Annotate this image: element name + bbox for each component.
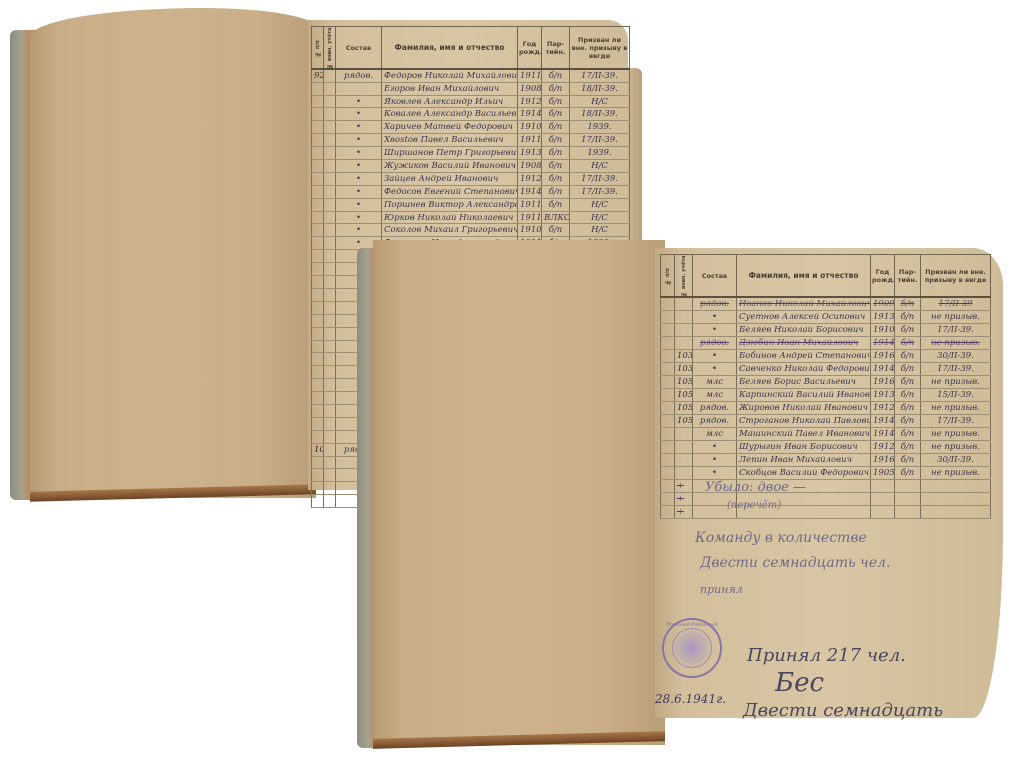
row-number bbox=[312, 82, 324, 95]
row-number bbox=[312, 404, 324, 417]
row-number bbox=[312, 379, 324, 392]
row-number bbox=[312, 353, 324, 366]
header-col-a: № п/п bbox=[661, 255, 675, 298]
table-row: •Беляев Николай Борисович1910б/п17/II-39… bbox=[661, 323, 991, 336]
header-name: Фамилия, имя и отчество bbox=[382, 27, 518, 70]
unit-number: 105 bbox=[675, 414, 693, 427]
name-cell: Зайцев Андрей Иванович bbox=[382, 172, 518, 185]
row-number bbox=[312, 160, 324, 173]
year-cell: 1912 bbox=[871, 440, 895, 453]
name-cell: Машинский Павел Иванович bbox=[737, 427, 871, 440]
table-row: •Суетнов Алексей Осипович1913б/пне призы… bbox=[661, 310, 991, 323]
header-year: Год рожд. bbox=[871, 255, 895, 298]
party-cell: б/п bbox=[542, 82, 570, 95]
row-number bbox=[312, 263, 324, 276]
unit-number bbox=[324, 417, 336, 430]
row-number bbox=[312, 185, 324, 198]
call-cell: Н/С bbox=[570, 211, 630, 224]
unit-number bbox=[324, 134, 336, 147]
name-cell: Харичев Матвей Федорович bbox=[382, 121, 518, 134]
row-number bbox=[312, 327, 324, 340]
unit-number bbox=[324, 288, 336, 301]
year-cell: 1909 bbox=[871, 297, 895, 310]
call-cell: не призыв. bbox=[921, 336, 991, 349]
row-number bbox=[312, 224, 324, 237]
header-party: Пар-тийн. bbox=[542, 27, 570, 70]
call-cell: 30/II-39. bbox=[921, 453, 991, 466]
table-row: •Соколов Михаил Григорьевич1910б/пН/С bbox=[312, 224, 630, 237]
call-cell bbox=[921, 492, 991, 505]
name-cell: Ковалев Александр Васильевич bbox=[382, 108, 518, 121]
year-cell: 1914 bbox=[871, 414, 895, 427]
year-cell: 1911 bbox=[518, 211, 542, 224]
unit-number bbox=[324, 301, 336, 314]
call-cell: 30/II-39. bbox=[921, 349, 991, 362]
unit-number: + bbox=[675, 479, 693, 492]
unit-number bbox=[324, 404, 336, 417]
unit-number bbox=[324, 160, 336, 173]
name-cell: Дзюбин Иван Михайлович bbox=[737, 336, 871, 349]
party-cell: б/п bbox=[542, 95, 570, 108]
row-number bbox=[312, 495, 324, 508]
header-year: Год рожд. bbox=[518, 27, 542, 70]
table-row: •Юрков Николай Николаевич1911ВЛКСМН/С bbox=[312, 211, 630, 224]
table-row: •Зайцев Андрей Иванович1912б/п17/II-39. bbox=[312, 172, 630, 185]
name-cell: Ширшанов Петр Григорьевич bbox=[382, 147, 518, 160]
row-number bbox=[661, 492, 675, 505]
status-cell: млс bbox=[693, 375, 737, 388]
row-number bbox=[312, 134, 324, 147]
status-cell: • bbox=[693, 453, 737, 466]
party-cell: б/п bbox=[542, 147, 570, 160]
party-cell: б/п bbox=[895, 323, 921, 336]
row-number bbox=[312, 314, 324, 327]
status-cell: • bbox=[693, 362, 737, 375]
party-cell: б/п bbox=[895, 362, 921, 375]
unit-number bbox=[324, 430, 336, 443]
row-number bbox=[312, 250, 324, 263]
unit-number bbox=[324, 211, 336, 224]
table-row: •Ширшанов Петр Григорьевич1913б/п1939. bbox=[312, 147, 630, 160]
call-cell bbox=[921, 479, 991, 492]
header-col-b: № воин. учёта bbox=[675, 255, 693, 298]
table-row: + bbox=[661, 505, 991, 518]
name-cell: Скобцов Василий Федорович bbox=[737, 466, 871, 479]
row-number bbox=[312, 392, 324, 405]
row-number bbox=[312, 121, 324, 134]
table-row: •Поршнев Виктор Александрович1911б/пН/С bbox=[312, 198, 630, 211]
header-status: Состав bbox=[336, 27, 382, 70]
year-cell: 1910 bbox=[518, 224, 542, 237]
note-team-count: Команду в количестве bbox=[695, 530, 867, 546]
row-number bbox=[312, 108, 324, 121]
row-number bbox=[312, 288, 324, 301]
row-number bbox=[312, 430, 324, 443]
book-2-left-page bbox=[373, 240, 665, 745]
row-number bbox=[661, 349, 675, 362]
year-cell: 1905 bbox=[871, 466, 895, 479]
party-cell: б/п bbox=[542, 108, 570, 121]
table-row: рядов.Дзюбин Иван Михайлович1914б/пне пр… bbox=[661, 336, 991, 349]
header-call: Призван ли вне. призыву в ввгде bbox=[570, 27, 630, 70]
party-cell bbox=[895, 505, 921, 518]
unit-number bbox=[324, 237, 336, 250]
name-cell: Иванов Николай Михайлович bbox=[737, 297, 871, 310]
row-number bbox=[312, 366, 324, 379]
stamp-emblem-icon bbox=[672, 628, 712, 668]
unit-number bbox=[324, 379, 336, 392]
year-cell: 1908 bbox=[518, 82, 542, 95]
unit-number bbox=[324, 250, 336, 263]
unit-number bbox=[324, 108, 336, 121]
status-cell: млс bbox=[693, 388, 737, 401]
unit-number bbox=[675, 440, 693, 453]
call-cell: 17/II-39 bbox=[921, 297, 991, 310]
row-number bbox=[312, 198, 324, 211]
year-cell: 1908 bbox=[518, 160, 542, 173]
year-cell: 1916 bbox=[871, 349, 895, 362]
call-cell: не призыв. bbox=[921, 427, 991, 440]
unit-number bbox=[324, 185, 336, 198]
table-row: 103•Бобинов Андрей Степанович1916б/п30/I… bbox=[661, 349, 991, 362]
call-cell: 18/II-39. bbox=[570, 82, 630, 95]
table-row: Егоров Иван Михайлович1908б/п18/II-39. bbox=[312, 82, 630, 95]
row-number bbox=[312, 172, 324, 185]
status-cell bbox=[336, 82, 382, 95]
call-cell: 1939. bbox=[570, 147, 630, 160]
unit-number bbox=[324, 314, 336, 327]
name-cell: Егоров Иван Михайлович bbox=[382, 82, 518, 95]
table-row: 105рядов.Жировов Николай Иванович1912б/п… bbox=[661, 401, 991, 414]
table-row: 92рядов.Федоров Николай Михайлович1911б/… bbox=[312, 69, 630, 82]
call-cell bbox=[921, 505, 991, 518]
unit-number bbox=[324, 69, 336, 82]
row-number bbox=[661, 375, 675, 388]
year-cell: 1912 bbox=[871, 401, 895, 414]
call-cell: не призыв. bbox=[921, 310, 991, 323]
year-cell: 1913 bbox=[871, 310, 895, 323]
status-cell: • bbox=[336, 172, 382, 185]
year-cell: 1916 bbox=[871, 375, 895, 388]
year-cell: 1911 bbox=[518, 198, 542, 211]
status-cell: • bbox=[336, 108, 382, 121]
name-cell: Беляев Николай Борисович bbox=[737, 323, 871, 336]
status-cell: • bbox=[336, 198, 382, 211]
status-cell: рядов. bbox=[693, 297, 737, 310]
call-cell: 15/II-39. bbox=[921, 388, 991, 401]
unit-number: 105 bbox=[675, 401, 693, 414]
name-cell: Шурыгин Иван Борисович bbox=[737, 440, 871, 453]
party-cell: б/п bbox=[895, 349, 921, 362]
party-cell: б/п bbox=[895, 336, 921, 349]
row-number bbox=[312, 147, 324, 160]
note-recount: (перечёт) bbox=[727, 500, 781, 511]
unit-number bbox=[324, 469, 336, 482]
unit-number bbox=[324, 198, 336, 211]
book-1-left-page bbox=[30, 8, 316, 498]
unit-number bbox=[324, 443, 336, 456]
year-cell: 1912 bbox=[518, 172, 542, 185]
party-cell bbox=[895, 492, 921, 505]
status-cell: • bbox=[336, 185, 382, 198]
year-cell: 1914 bbox=[518, 185, 542, 198]
row-number bbox=[661, 362, 675, 375]
name-cell: Лепин Иван Михайлович bbox=[737, 453, 871, 466]
official-stamp: Военный Районный bbox=[662, 618, 722, 678]
name-cell: Савченко Николай Федорович bbox=[737, 362, 871, 375]
note-two-hundred-seventeen: Двести семнадцать чел. bbox=[700, 555, 890, 571]
call-cell: 17/II-39. bbox=[921, 414, 991, 427]
year-cell bbox=[871, 505, 895, 518]
unit-number bbox=[324, 224, 336, 237]
name-cell: Федосов Евгений Степанович bbox=[382, 185, 518, 198]
header-name: Фамилия, имя и отчество bbox=[737, 255, 871, 298]
call-cell: не призыв. bbox=[921, 375, 991, 388]
table-row: •Яковлев Александр Ильич1912б/пН/С bbox=[312, 95, 630, 108]
note-accepted: принял bbox=[700, 583, 743, 596]
name-cell: Соколов Михаил Григорьевич bbox=[382, 224, 518, 237]
unit-number bbox=[675, 466, 693, 479]
row-number bbox=[312, 211, 324, 224]
row-number bbox=[661, 297, 675, 310]
name-cell: Бобинов Андрей Степанович bbox=[737, 349, 871, 362]
status-cell: рядов. bbox=[693, 401, 737, 414]
row-number: 100 bbox=[312, 443, 324, 456]
party-cell: б/п bbox=[542, 160, 570, 173]
unit-number bbox=[675, 336, 693, 349]
call-cell: 18/II-39. bbox=[570, 108, 630, 121]
unit-number bbox=[324, 82, 336, 95]
ledger-book-2: № п/п № воин. учёта Состав Фамилия, имя … bbox=[355, 240, 1015, 760]
row-number bbox=[312, 301, 324, 314]
call-cell: не призыв. bbox=[921, 440, 991, 453]
call-cell: Н/С bbox=[570, 224, 630, 237]
row-number bbox=[661, 388, 675, 401]
status-cell: рядов. bbox=[693, 336, 737, 349]
party-cell: б/п bbox=[542, 134, 570, 147]
row-number bbox=[312, 482, 324, 495]
unit-number bbox=[675, 297, 693, 310]
unit-number bbox=[324, 147, 336, 160]
row-number bbox=[312, 95, 324, 108]
stamp-text: Военный Районный bbox=[664, 622, 720, 628]
party-cell: б/п bbox=[542, 224, 570, 237]
party-cell: б/п bbox=[895, 310, 921, 323]
table-row: •Шурыгин Иван Борисович1912б/пне призыв. bbox=[661, 440, 991, 453]
unit-number bbox=[324, 95, 336, 108]
name-cell: Федоров Николай Михайлович bbox=[382, 69, 518, 82]
table-row: 105рядов.Строганов Николай Павлович1914б… bbox=[661, 414, 991, 427]
name-cell: Карпинский Василий Иванович bbox=[737, 388, 871, 401]
row-number bbox=[661, 479, 675, 492]
year-cell bbox=[871, 492, 895, 505]
row-number bbox=[312, 340, 324, 353]
party-cell: б/п bbox=[895, 466, 921, 479]
party-cell bbox=[895, 479, 921, 492]
unit-number: 103 bbox=[675, 349, 693, 362]
unit-number: 105 bbox=[675, 375, 693, 388]
year-cell: 1913 bbox=[518, 147, 542, 160]
name-cell: Жужиков Василий Иванович bbox=[382, 160, 518, 173]
party-cell: б/п bbox=[895, 427, 921, 440]
date-entry: 28.6.1941г. bbox=[655, 692, 726, 706]
call-cell: 17/II-39. bbox=[570, 185, 630, 198]
unit-number bbox=[675, 323, 693, 336]
year-cell bbox=[871, 479, 895, 492]
unit-number bbox=[324, 456, 336, 469]
note-two-hundred-seventeen-2: Двести семнадцать bbox=[743, 700, 943, 721]
unit-number bbox=[324, 121, 336, 134]
row-number bbox=[661, 440, 675, 453]
row-number bbox=[661, 323, 675, 336]
status-cell: • bbox=[336, 134, 382, 147]
table-row: млсМашинский Павел Иванович1914б/пне при… bbox=[661, 427, 991, 440]
unit-number bbox=[675, 453, 693, 466]
table-row: 105млсБеляев Борис Васильевич1916б/пне п… bbox=[661, 375, 991, 388]
party-cell: б/п bbox=[895, 375, 921, 388]
header-col-b: № воин. учёта bbox=[324, 27, 336, 70]
table-row: рядов.Иванов Николай Михайлович1909б/п17… bbox=[661, 297, 991, 310]
call-cell: Н/С bbox=[570, 95, 630, 108]
unit-number bbox=[675, 310, 693, 323]
row-number bbox=[312, 276, 324, 289]
table-row: •Федосов Евгений Степанович1914б/п17/II-… bbox=[312, 185, 630, 198]
year-cell: 1914 bbox=[871, 362, 895, 375]
table-row: 103•Савченко Николай Федорович1914б/п17/… bbox=[661, 362, 991, 375]
table-row: •Скобцов Василий Федорович1905б/пне приз… bbox=[661, 466, 991, 479]
call-cell: 1939. bbox=[570, 121, 630, 134]
year-cell: 1914 bbox=[871, 427, 895, 440]
name-cell: Хвоstов Павел Васильевич bbox=[382, 134, 518, 147]
status-cell: • bbox=[693, 440, 737, 453]
note-departed: Убыло: двое — bbox=[705, 480, 806, 495]
call-cell: Н/С bbox=[570, 198, 630, 211]
table-row: •Хвоstов Павел Васильевич1911б/п17/II-39… bbox=[312, 134, 630, 147]
name-cell: Строганов Николай Павлович bbox=[737, 414, 871, 427]
call-cell: 17/II-39. bbox=[921, 362, 991, 375]
status-cell: рядов. bbox=[693, 414, 737, 427]
status-cell: • bbox=[336, 160, 382, 173]
unit-number bbox=[324, 327, 336, 340]
party-cell: б/п bbox=[895, 388, 921, 401]
status-cell: рядов. bbox=[336, 69, 382, 82]
status-cell: • bbox=[693, 349, 737, 362]
row-number bbox=[661, 401, 675, 414]
unit-number: 103 bbox=[675, 362, 693, 375]
unit-number bbox=[324, 495, 336, 508]
name-cell: Юрков Николай Николаевич bbox=[382, 211, 518, 224]
unit-number bbox=[324, 366, 336, 379]
unit-number: + bbox=[675, 505, 693, 518]
row-number bbox=[312, 417, 324, 430]
year-cell: 1910 bbox=[518, 121, 542, 134]
status-cell: • bbox=[336, 224, 382, 237]
row-number bbox=[661, 453, 675, 466]
unit-number bbox=[324, 353, 336, 366]
table-row: •Ковалев Александр Васильевич1914б/п18/I… bbox=[312, 108, 630, 121]
call-cell: 17/II-39. bbox=[570, 69, 630, 82]
header-party: Пар-тийн. bbox=[895, 255, 921, 298]
name-cell: Яковлев Александр Ильич bbox=[382, 95, 518, 108]
status-cell: • bbox=[336, 211, 382, 224]
table-row: •Харичев Матвей Федорович1910б/п1939. bbox=[312, 121, 630, 134]
party-cell: б/п bbox=[895, 453, 921, 466]
unit-number bbox=[324, 276, 336, 289]
party-cell: б/п bbox=[542, 172, 570, 185]
row-number bbox=[312, 469, 324, 482]
call-cell: 17/II-39. bbox=[570, 134, 630, 147]
row-number bbox=[661, 414, 675, 427]
row-number bbox=[661, 310, 675, 323]
status-cell: • bbox=[336, 147, 382, 160]
header-status: Состав bbox=[693, 255, 737, 298]
year-cell: 1911 bbox=[518, 134, 542, 147]
table-row: •Лепин Иван Михайлович1916б/п30/II-39. bbox=[661, 453, 991, 466]
row-number: 92 bbox=[312, 69, 324, 82]
year-cell: 1913 bbox=[871, 388, 895, 401]
party-cell: б/п bbox=[542, 121, 570, 134]
table-row: 105млсКарпинский Василий Иванович1913б/п… bbox=[661, 388, 991, 401]
unit-number bbox=[324, 340, 336, 353]
party-cell: б/п bbox=[542, 69, 570, 82]
year-cell: 1914 bbox=[871, 336, 895, 349]
party-cell: б/п bbox=[895, 414, 921, 427]
name-cell: Беляев Борис Васильевич bbox=[737, 375, 871, 388]
party-cell: б/п bbox=[895, 440, 921, 453]
row-number bbox=[661, 466, 675, 479]
party-cell: б/п bbox=[542, 185, 570, 198]
row-number bbox=[661, 505, 675, 518]
call-cell: 17/II-39. bbox=[921, 323, 991, 336]
year-cell: 1910 bbox=[871, 323, 895, 336]
unit-number bbox=[675, 427, 693, 440]
note-accepted-217: Принял 217 чел. bbox=[747, 645, 906, 666]
row-number bbox=[661, 427, 675, 440]
row-number bbox=[312, 456, 324, 469]
header-col-a: № п/п bbox=[312, 27, 324, 70]
status-cell: • bbox=[336, 95, 382, 108]
year-cell: 1911 bbox=[518, 69, 542, 82]
call-cell: Н/С bbox=[570, 160, 630, 173]
unit-number bbox=[324, 392, 336, 405]
status-cell: млс bbox=[693, 427, 737, 440]
party-cell: б/п bbox=[895, 401, 921, 414]
status-cell: • bbox=[693, 466, 737, 479]
name-cell: Жировов Николай Иванович bbox=[737, 401, 871, 414]
status-cell: • bbox=[336, 121, 382, 134]
row-number bbox=[661, 336, 675, 349]
year-cell: 1916 bbox=[871, 453, 895, 466]
row-number bbox=[312, 237, 324, 250]
header-call: Призван ли вне. призыву в ввгде bbox=[921, 255, 991, 298]
year-cell: 1912 bbox=[518, 95, 542, 108]
call-cell: не призыв. bbox=[921, 401, 991, 414]
party-cell: б/п bbox=[542, 198, 570, 211]
call-cell: не призыв. bbox=[921, 466, 991, 479]
unit-number bbox=[324, 482, 336, 495]
status-cell: • bbox=[693, 323, 737, 336]
unit-number: + bbox=[675, 492, 693, 505]
call-cell: 17/II-39. bbox=[570, 172, 630, 185]
party-cell: ВЛКСМ bbox=[542, 211, 570, 224]
status-cell: • bbox=[693, 310, 737, 323]
table-row: •Жужиков Василий Иванович1908б/пН/С bbox=[312, 160, 630, 173]
unit-number: 105 bbox=[675, 388, 693, 401]
unit-number bbox=[324, 172, 336, 185]
party-cell: б/п bbox=[895, 297, 921, 310]
signature: Бес bbox=[775, 668, 824, 698]
unit-number bbox=[324, 263, 336, 276]
